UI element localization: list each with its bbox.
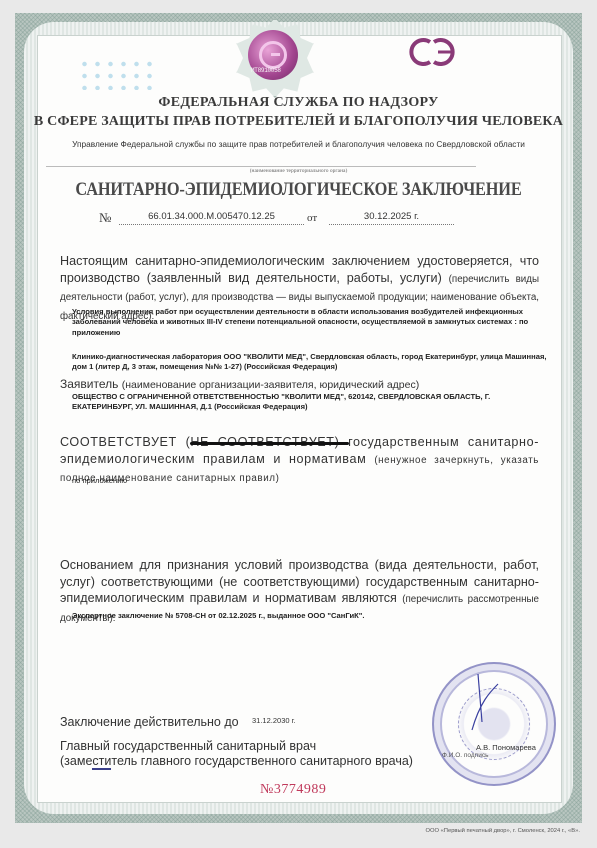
- conclusion-number: 66.01.34.000.М.005470.12.25: [119, 211, 304, 222]
- validity-label: Заключение действительно до: [60, 715, 239, 729]
- fio-caption: Ф.И.О. подпись: [442, 752, 488, 759]
- number-label: №: [99, 210, 111, 226]
- basis-value: Экспертное заключение № 5708-СН от 02.12…: [60, 611, 551, 621]
- g-emblem-icon: [259, 41, 287, 69]
- signatory-line-2: (заместитель главного государственного с…: [60, 754, 413, 769]
- complies-word: СООТВЕТСТВУЕТ: [60, 435, 177, 449]
- activity-description: Условия выполнения работ при осуществлен…: [60, 307, 551, 338]
- signatory-line-2-prefix: (заме: [60, 754, 92, 768]
- applicant-value: ОБЩЕСТВО С ОГРАНИЧЕННОЙ ОТВЕТСТВЕННОСТЬЮ…: [60, 392, 551, 413]
- authority-line: [46, 166, 476, 167]
- applicant-label: Заявитель: [60, 377, 118, 391]
- se-logo-icon: [408, 35, 460, 69]
- applicant-heading: Заявитель (наименование организации-заяв…: [60, 377, 539, 391]
- signature-icon: [450, 672, 510, 742]
- date-underline: [329, 224, 454, 225]
- printer-imprint: ООО «Первый печатный двор», г. Смоленск,…: [425, 828, 580, 834]
- watermark-dots: [78, 58, 156, 90]
- authority-caption: (наименование территориального органа): [0, 168, 597, 174]
- signatory-line-2-suffix: тель главного государственного санитарно…: [111, 754, 413, 768]
- number-underline: [119, 224, 304, 225]
- header-line-1: ФЕДЕРАЛЬНАЯ СЛУЖБА ПО НАДЗОРУ: [0, 95, 597, 111]
- struck-not-complies: (НЕ СООТВЕТСТВУЕТ): [186, 435, 340, 449]
- compliance-value: по приложению: [60, 476, 551, 486]
- number-row: № 66.01.34.000.М.005470.12.25 от 30.12.2…: [0, 210, 597, 226]
- from-label: от: [307, 212, 317, 224]
- hologram-seal: MT8910058: [223, 14, 323, 104]
- signatory-underline-mark: сти: [92, 754, 111, 770]
- form-serial-number: №3774989: [260, 782, 326, 798]
- signatory-title: Главный государственный санитарный врач …: [60, 739, 413, 769]
- validity-date: 31.12.2030 г.: [252, 716, 296, 725]
- issue-date: 30.12.2025 г.: [329, 211, 454, 222]
- document-title: САНИТАРНО-ЭПИДЕМИОЛОГИЧЕСКОЕ ЗАКЛЮЧЕНИЕ: [42, 179, 555, 201]
- header-line-2: В СФЕРЕ ЗАЩИТЫ ПРАВ ПОТРЕБИТЕЛЕЙ И БЛАГО…: [0, 114, 597, 130]
- applicant-hint: (наименование организации-заявителя, юри…: [122, 379, 419, 391]
- object-address: Клинико-диагностическая лаборатория ООО …: [60, 352, 551, 373]
- signatory-name: А.В. Пономарева: [476, 743, 536, 752]
- signatory-line-1: Главный государственный санитарный врач: [60, 739, 413, 754]
- issuing-authority: Управление Федеральной службы по защите …: [0, 139, 597, 149]
- hologram-serial: MT8910058: [251, 67, 281, 74]
